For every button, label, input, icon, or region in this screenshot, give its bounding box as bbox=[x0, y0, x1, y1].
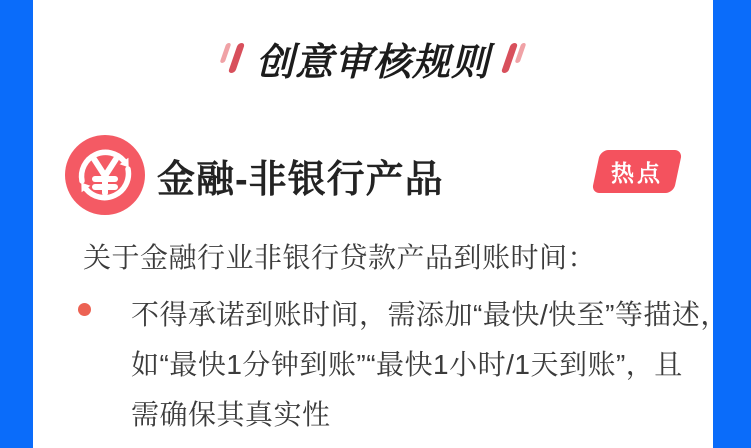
bullet-dot-icon bbox=[78, 303, 91, 316]
right-blue-border bbox=[713, 0, 751, 448]
bullet-text: 不得承诺到账时间，需添加“最快/快至”等描述， 如“最快1分钟到账”“最快1小时… bbox=[131, 290, 729, 440]
page-title: 创意审核规则 bbox=[33, 34, 713, 82]
rules-card: 创意审核规则 bbox=[0, 0, 751, 448]
section-header: 金融-非银行产品 bbox=[65, 135, 444, 215]
bullet-line: 如“最快1分钟到账”“最快1小时/1天到账”，且 bbox=[131, 340, 729, 390]
intro-text: 关于金融行业非银行贷款产品到账时间： bbox=[83, 236, 596, 276]
left-blue-border bbox=[0, 0, 33, 448]
slash-decoration-right-icon bbox=[506, 43, 523, 73]
card-content: 创意审核规则 bbox=[33, 0, 713, 448]
section-heading: 金融-非银行产品 bbox=[157, 148, 444, 203]
slash-decoration-left-icon bbox=[223, 43, 240, 73]
bullet-item: 不得承诺到账时间，需添加“最快/快至”等描述， 如“最快1分钟到账”“最快1小时… bbox=[78, 290, 729, 440]
hot-badge: 热点 bbox=[591, 150, 682, 193]
bullet-line: 需确保其真实性 bbox=[131, 390, 729, 440]
yen-cycle-icon bbox=[65, 135, 145, 215]
bullet-line: 不得承诺到账时间，需添加“最快/快至”等描述， bbox=[131, 290, 729, 340]
hot-badge-label: 热点 bbox=[611, 155, 663, 188]
page-title-text: 创意审核规则 bbox=[256, 31, 490, 86]
